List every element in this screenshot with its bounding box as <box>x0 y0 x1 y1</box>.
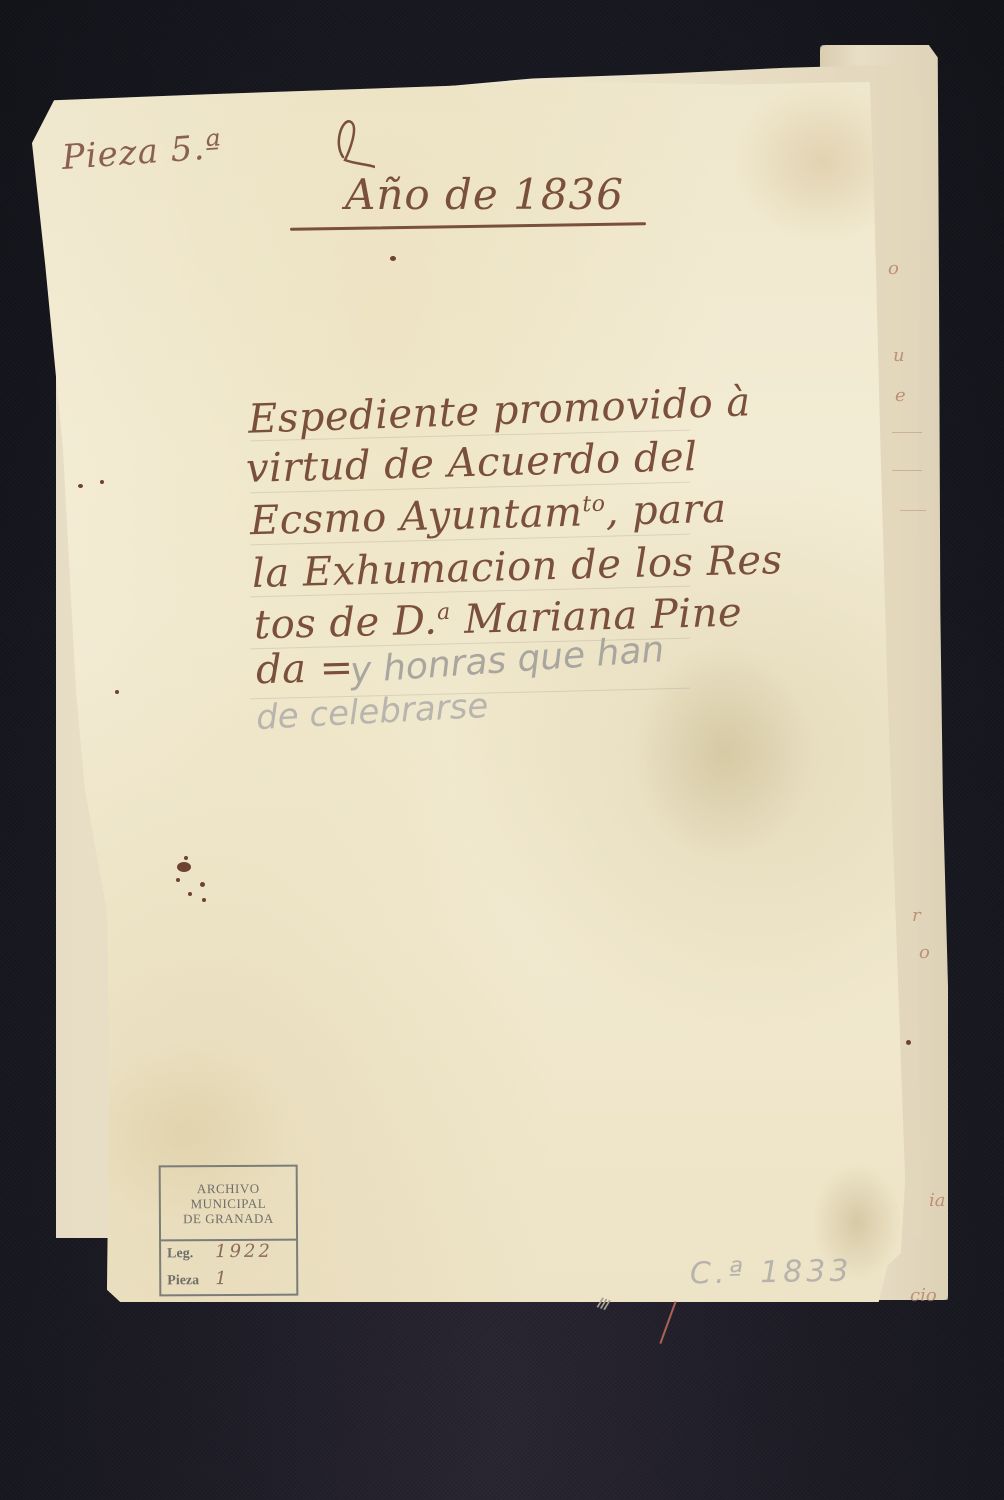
stamp-leg-label: Leg. <box>167 1246 215 1262</box>
underlying-text-fragment: ia <box>929 1190 946 1211</box>
underlying-text-fragment: e <box>895 385 906 406</box>
ink-blot <box>177 862 191 872</box>
year-title: Año de 1836 <box>345 170 624 219</box>
underlying-rule <box>892 470 922 471</box>
underlying-text-fragment: o <box>888 258 899 279</box>
underlying-rule <box>900 510 926 511</box>
stamp-line-granada: DE GRANADA <box>183 1210 274 1225</box>
stamp-leg-value: 1922 <box>215 1241 273 1262</box>
body-line-5-text: tos de D. <box>253 598 437 649</box>
stamp-pieza-label: Pieza <box>167 1273 215 1289</box>
body-line-3-suffix: , para <box>605 486 727 535</box>
underlying-text-fragment: o <box>919 942 930 963</box>
underlying-rule <box>892 432 922 433</box>
body-line-6: da = <box>255 645 354 694</box>
superscript-to: to <box>582 492 606 518</box>
ink-dot <box>390 256 396 261</box>
body-line-3-text: Ecsmo Ayuntam <box>249 490 583 545</box>
stamp-header: ARCHIVO MUNICIPAL DE GRANADA <box>161 1167 296 1242</box>
underlying-text-fragment: cio <box>910 1285 937 1306</box>
stamp-line-archivo: ARCHIVO <box>197 1180 260 1195</box>
ink-blot <box>200 882 205 887</box>
ink-blot <box>184 856 188 860</box>
ink-blot <box>100 480 104 484</box>
ink-blot <box>188 892 192 896</box>
water-stain <box>632 642 812 862</box>
ink-flourish-icon <box>335 112 375 172</box>
stamp-leg-row: Leg. 1922 <box>161 1241 296 1269</box>
ink-blot <box>115 690 119 694</box>
superscript-a: a <box>437 600 451 625</box>
bottom-pencil-note: C.ª 1833 <box>690 1254 853 1292</box>
underlying-text-fragment: u <box>893 345 905 366</box>
archive-stamp: ARCHIVO MUNICIPAL DE GRANADA Leg. 1922 P… <box>159 1165 299 1297</box>
ink-blot <box>176 878 180 882</box>
stamp-pieza-value: 1 <box>215 1268 230 1289</box>
stamp-line-municipal: MUNICIPAL <box>191 1195 267 1210</box>
ink-blot <box>78 484 83 488</box>
underlying-text-fragment: r <box>912 905 921 926</box>
ink-blot <box>202 898 206 902</box>
ink-blot <box>906 1040 911 1045</box>
stamp-pieza-row: Pieza 1 <box>161 1268 296 1296</box>
